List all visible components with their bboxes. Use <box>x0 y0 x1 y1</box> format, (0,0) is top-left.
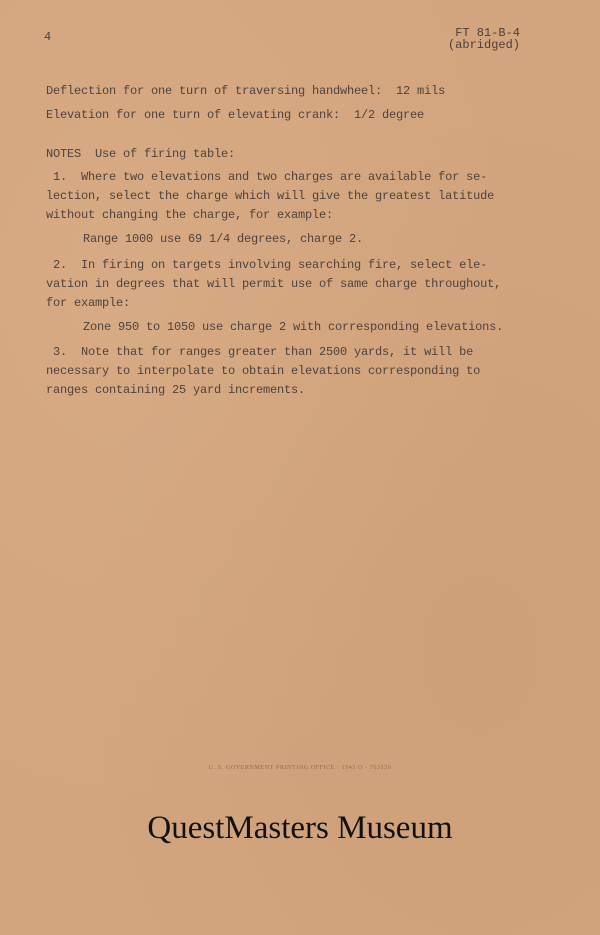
note-3-line-1: 3. Note that for ranges greater than 250… <box>46 345 473 359</box>
notes-heading: NOTES Use of firing table: <box>46 147 235 161</box>
note-2-line-3: for example: <box>46 296 130 310</box>
document-id: FT 81-B-4 (abridged) <box>448 27 520 51</box>
elevation-spec: Elevation for one turn of elevating cran… <box>46 108 424 122</box>
paper-background <box>0 0 600 935</box>
deflection-spec: Deflection for one turn of traversing ha… <box>46 84 445 98</box>
note-1-example: Range 1000 use 69 1/4 degrees, charge 2. <box>83 232 363 246</box>
printer-imprint: U. S. GOVERNMENT PRINTING OFFICE : 1943 … <box>0 765 600 771</box>
page-number: 4 <box>44 30 51 44</box>
note-3-line-2: necessary to interpolate to obtain eleva… <box>46 364 480 378</box>
note-3-line-3: ranges containing 25 yard increments. <box>46 383 305 397</box>
note-1-line-3: without changing the charge, for example… <box>46 208 333 222</box>
note-2-line-1: 2. In firing on targets involving search… <box>46 258 487 272</box>
note-1-line-1: 1. Where two elevations and two charges … <box>46 170 487 184</box>
note-1-line-2: lection, select the charge which will gi… <box>46 189 494 203</box>
document-id-note: (abridged) <box>448 39 520 51</box>
museum-watermark: QuestMasters Museum <box>0 810 600 847</box>
note-2-example: Zone 950 to 1050 use charge 2 with corre… <box>83 320 503 334</box>
note-2-line-2: vation in degrees that will permit use o… <box>46 277 501 291</box>
